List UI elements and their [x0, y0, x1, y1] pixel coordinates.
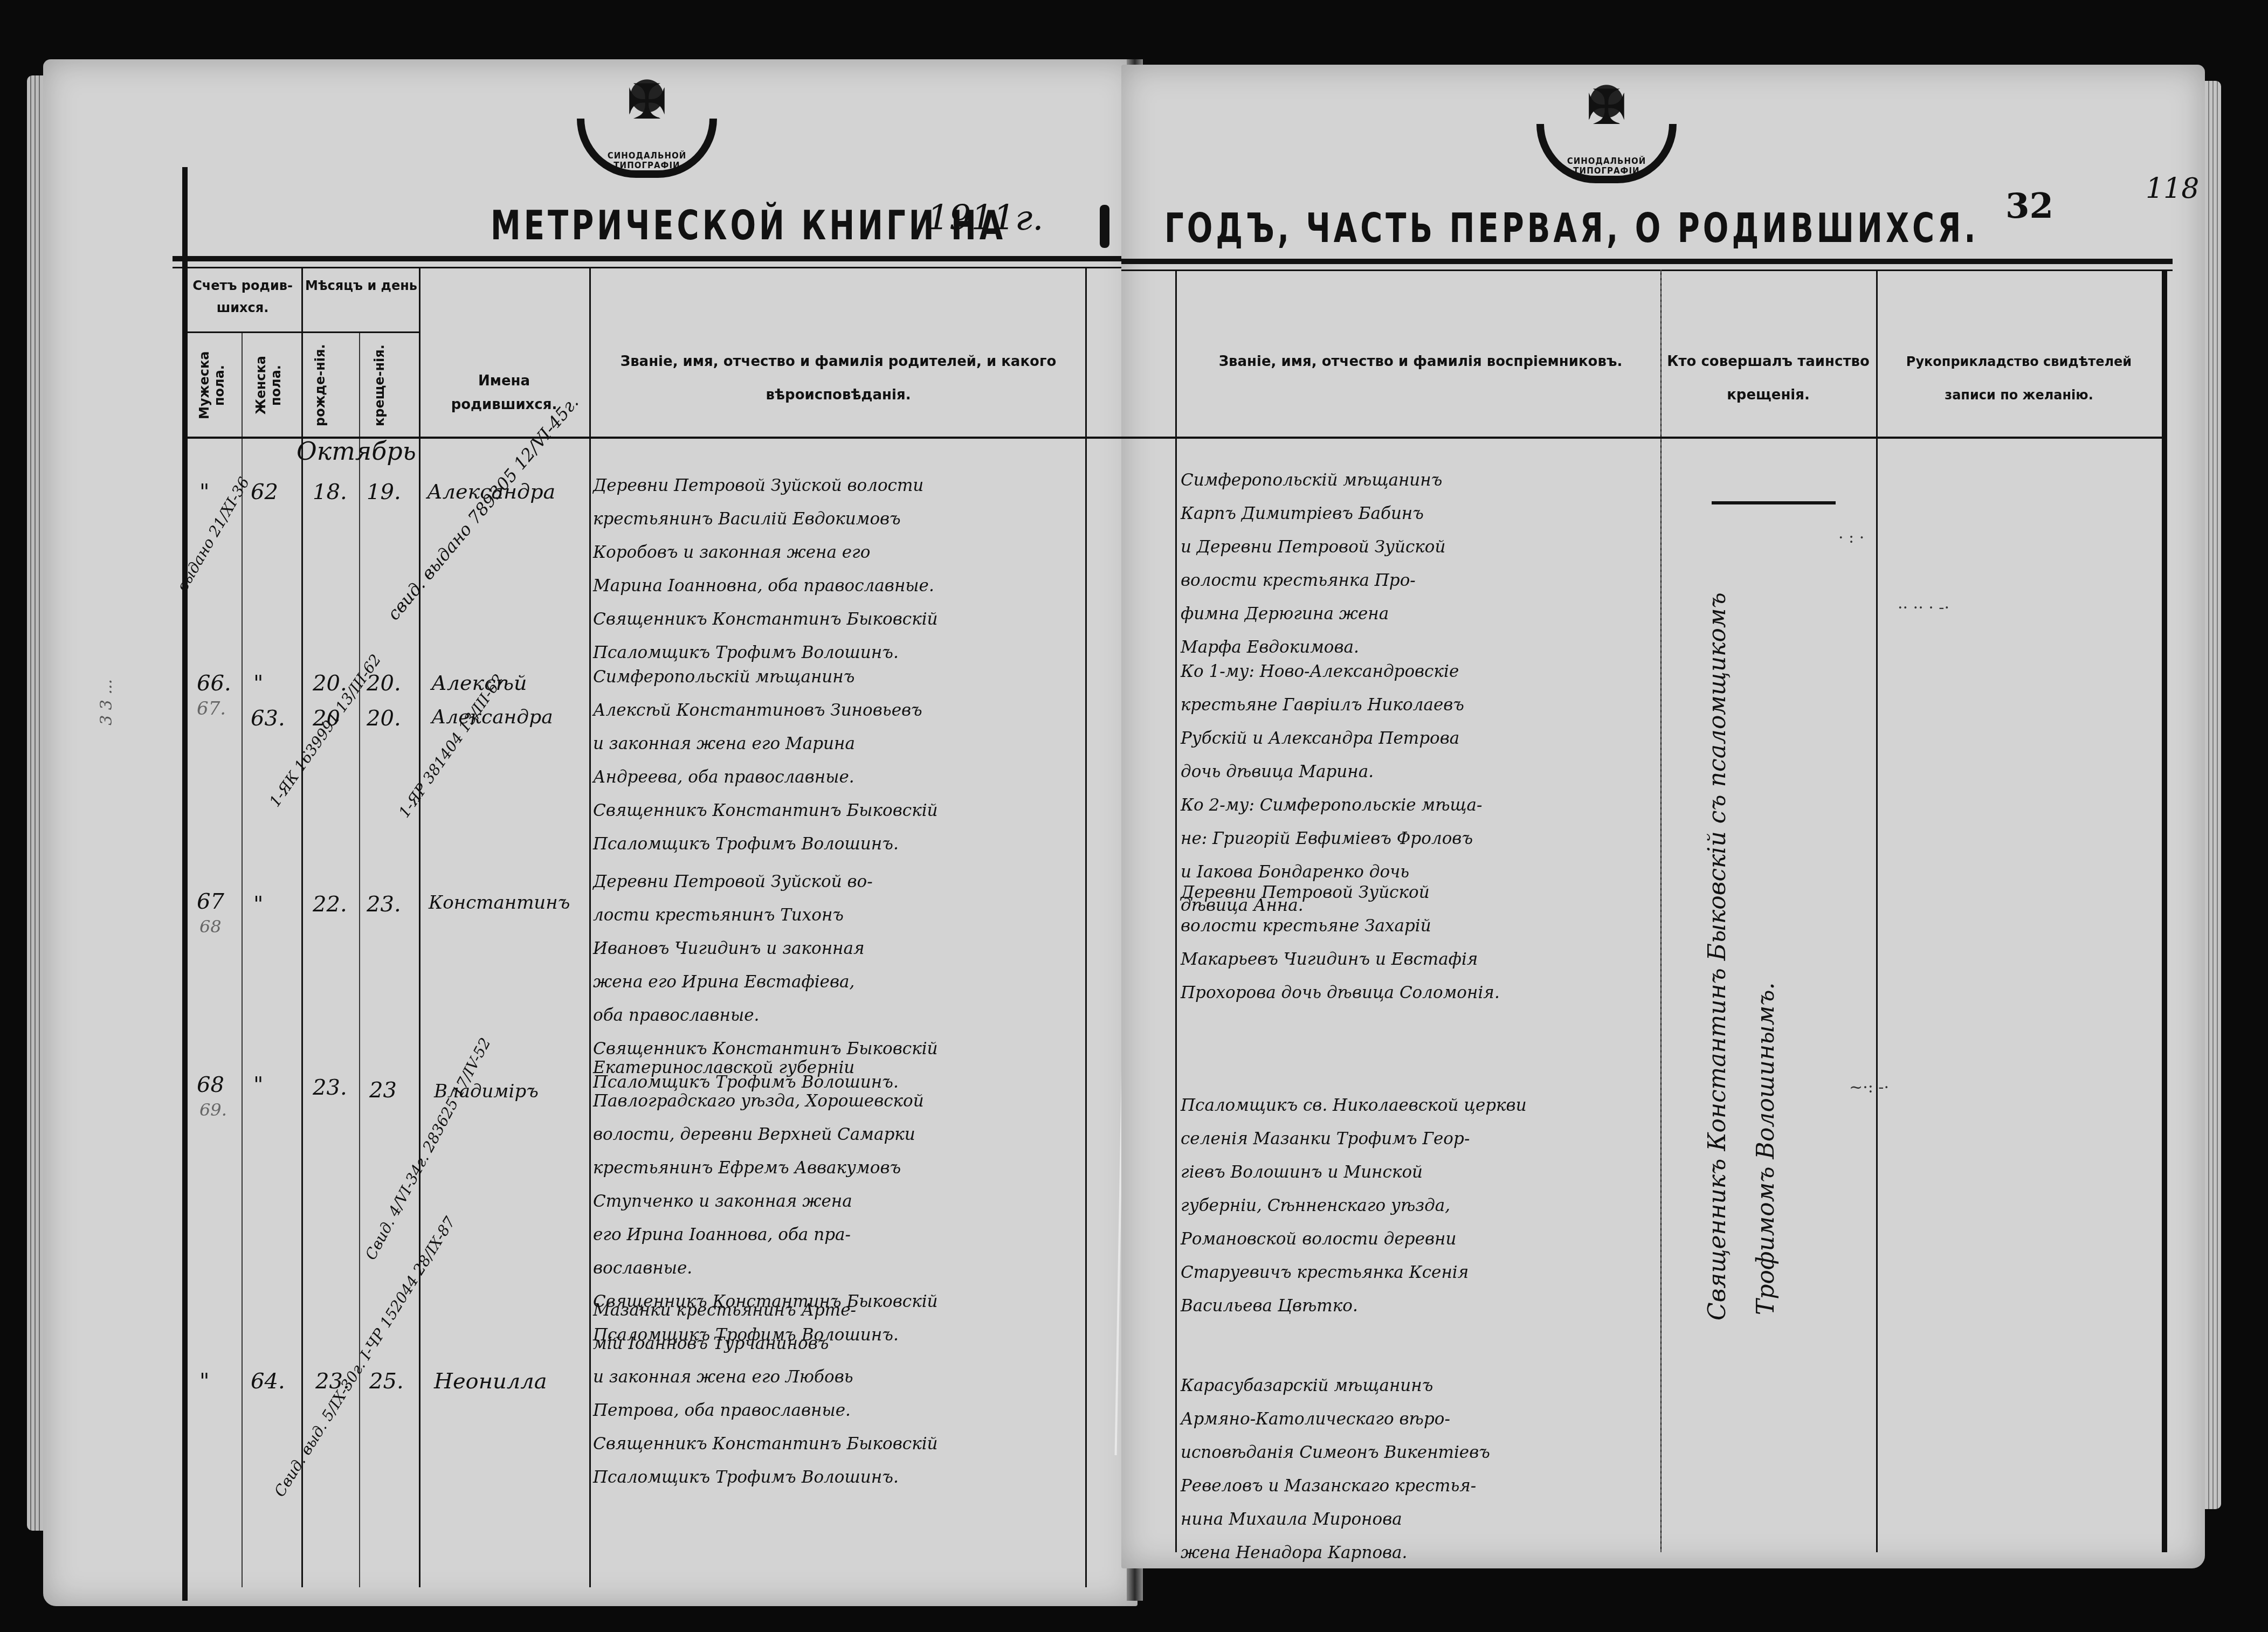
right-border [2162, 269, 2167, 1552]
header-male: Мужеска пола. [197, 340, 235, 431]
header-rule-thin [1121, 269, 2173, 271]
entry-1-godparents: Симферопольскій мѣщанинъ Карпъ Димитріев… [1181, 464, 1655, 664]
entry-3-baptism-day: 23. [367, 892, 401, 917]
entry-4-birth-day: 23. [313, 1075, 347, 1100]
handwritten-year: 1911г. [927, 198, 1044, 238]
entry-3-male-corrected: 68 [199, 916, 222, 937]
left-margin-pencil-mark: 3 3 ... [97, 679, 116, 725]
header-bottom-rule [1121, 437, 2167, 439]
imperial-crest: ✠ СИНОДАЛЬНОЙ ТИПОГРАФІИ [577, 70, 717, 178]
entry-5-male: " [199, 1369, 209, 1394]
col-line-parents [1085, 267, 1087, 1587]
header-parents: Званіе, имя, отчество и фамилія родителе… [598, 345, 1078, 412]
entry-1-female: 62 [251, 480, 278, 504]
col-line-godparents-left [1175, 269, 1177, 1552]
entry-1-male: " [199, 480, 209, 504]
left-border [182, 167, 188, 1601]
header-rule [173, 256, 1138, 261]
faint-marks-2: ·· ·· · -· [1898, 598, 1949, 617]
crest-ribbon-text: СИНОДАЛЬНОЙ ТИПОГРАФІИ [1547, 156, 1666, 176]
entry-2-male: 66. [197, 671, 231, 696]
header-witnesses: Рукоприкладство свидѣтелей записи по жел… [1881, 345, 2156, 412]
binding-pin-top [1100, 205, 1109, 248]
entry-1-baptism-day: 19. [367, 480, 401, 504]
faint-marks-1: · : · [1838, 528, 1864, 547]
page-number: 32 [2005, 186, 2053, 226]
entry-2-female: " [253, 671, 263, 696]
header-female: Женска пола. [253, 340, 291, 431]
subheader-rule-dates [305, 331, 420, 333]
entry-4-male: 68 [197, 1073, 224, 1097]
entry-5-female: 64. [251, 1369, 285, 1394]
col-line-names [589, 267, 591, 1587]
subheader-rule-count [186, 331, 310, 333]
entry-2-baptism-day-second: 20. [367, 706, 401, 731]
imperial-crest-right: ✠ СИНОДАЛЬНОЙ ТИПОГРАФІИ [1536, 75, 1677, 183]
entry-4-godparents: Псаломщикъ св. Николаевской церкви селен… [1181, 1089, 1655, 1323]
priest-bracket-line [1712, 501, 1836, 504]
entry-3-child-name: Константинъ [429, 892, 570, 914]
crest-ribbon-text: СИНОДАЛЬНОЙ ТИПОГРАФІИ [588, 151, 706, 170]
folio-number: 118 [2146, 172, 2199, 205]
entry-2-child-name-second: Александра [431, 706, 553, 728]
header-count: Счетъ родив-шихся. [186, 275, 299, 319]
col-line-dates [419, 267, 420, 1587]
entry-3-birth-day: 22. [313, 892, 347, 917]
entry-5-parents: Мазанки крестьянинъ Арте- мій Іоанновъ Т… [593, 1294, 1084, 1494]
entry-4-annotation: Свид. 4/VI-34г. 283625 17/IV-52 [362, 1035, 494, 1263]
entry-5-annotation: Свид. выд. 5/IX-30г. I-ЧР 152044 28/IX-8… [271, 1214, 459, 1500]
col-line-male [242, 331, 243, 1587]
priest-signature-line-2: Трофимомъ Волошинымъ. [1752, 722, 1780, 1315]
entry-3-male: 67 [197, 889, 224, 914]
priest-signature-line-1: Священникъ Константинъ Быковскій съ псал… [1704, 512, 1731, 1320]
left-page: ✠ СИНОДАЛЬНОЙ ТИПОГРАФІИ МЕТРИЧЕСКОЙ КНИ… [43, 59, 1138, 1606]
header-baptism: креще-нія. [372, 340, 410, 431]
entry-1-parents: Деревни Петровой Зуйской волости крестья… [593, 469, 1084, 669]
month-label: Октябрь [297, 437, 416, 466]
entry-4-female: " [253, 1073, 263, 1097]
header-month-day: Мѣсяцъ и день [305, 275, 418, 297]
entry-1-annotation: свид. выдано 789305 12/VI-45г. [383, 392, 583, 624]
faint-marks-3: ~·: -· [1849, 1078, 1889, 1097]
right-page: ✠ СИНОДАЛЬНОЙ ТИПОГРАФІИ ГОДЪ, ЧАСТЬ ПЕР… [1121, 65, 2205, 1568]
entry-5-child-name: Неонилла [434, 1369, 547, 1394]
col-line-witnesses [1876, 269, 1878, 1552]
entry-3-godparents: Деревни Петровой Зуйской волости крестья… [1181, 876, 1655, 1009]
header-birth: рожде-нія. [313, 340, 350, 431]
entry-2-male-corrected: 67. [197, 698, 226, 720]
entry-2-female-second: 63. [251, 706, 285, 731]
header-godparents: Званіе, имя, отчество и фамилія воспріем… [1186, 345, 1655, 378]
entry-4-baptism-day: 23 [369, 1078, 397, 1103]
header-rule-thin [173, 267, 1138, 268]
right-title: ГОДЪ, ЧАСТЬ ПЕРВАЯ, О РОДИВШИХСЯ. [1164, 205, 1979, 252]
header-priest: Кто совершалъ таинство крещенія. [1666, 345, 1871, 412]
entry-1-birth-day: 18. [313, 480, 347, 504]
col-line-priest [1660, 269, 1662, 1552]
entry-3-female: " [253, 892, 263, 917]
entry-2-parents: Симферопольскій мѣщанинъ Алексѣй Констан… [593, 660, 1084, 861]
entry-5-godparents: Карасубазарскій мѣщанинъ Армяно-Католиче… [1181, 1369, 1655, 1569]
entry-4-male-corrected: 69. [199, 1099, 227, 1120]
entry-5-baptism-day: 25. [369, 1369, 404, 1394]
header-rule [1121, 259, 2173, 264]
col-line-birth [359, 331, 360, 1587]
